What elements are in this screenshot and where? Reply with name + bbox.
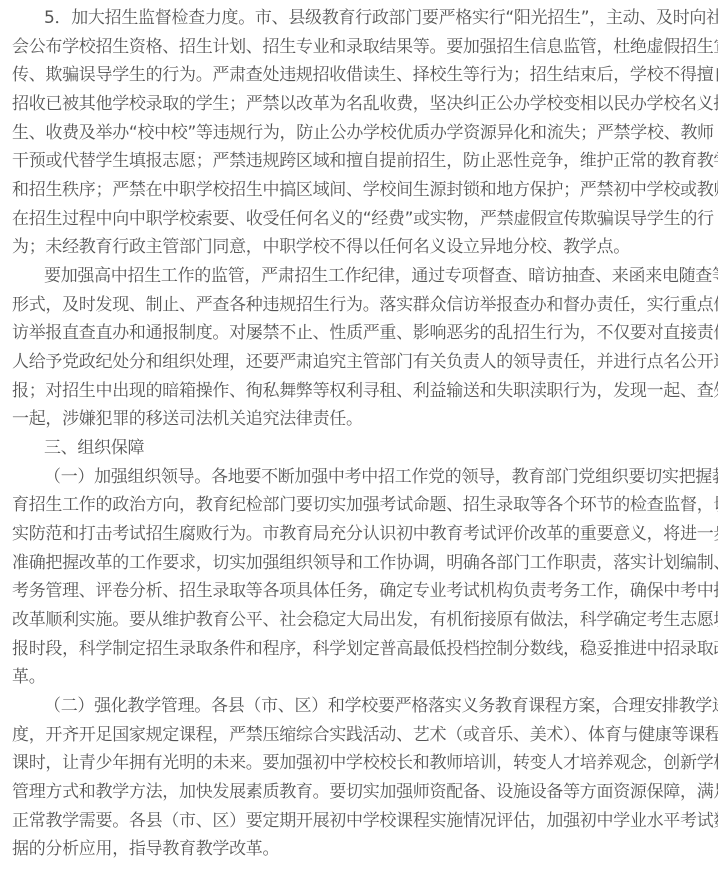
paragraph-5-heading-line: 5．加大招生监督检查力度。市、县级教育行政部门要严格实行“阳光招生”，主动、及时… xyxy=(44,4,718,32)
text-line: 考务管理、评卷分析、招生录取等各项具体任务，确定专业考试机构负责考务工作，确保中… xyxy=(12,577,718,605)
section-heading-organization: 三、组织保障 xyxy=(44,434,144,462)
text-line: 招收已被其他学校录取的学生；严禁以改革为名乱收费，坚决纠正公办学校变相以民办学校… xyxy=(12,90,718,118)
text-line: 革。 xyxy=(12,663,45,691)
text-line: 访举报直查直办和通报制度。对屡禁不止、性质严重、影响恶劣的乱招生行为，不仅要对直… xyxy=(12,319,718,347)
text-line: 据的分析应用，指导教育教学改革。 xyxy=(12,835,279,863)
text-line: 和招生秩序；严禁在中职学校招生中搞区域间、学校间生源封锁和地方保护；严禁初中学校… xyxy=(12,176,718,204)
subsection-1-first-line: （一）加强组织领导。各地要不断加强中考中招工作党的领导，教育部门党组织要切实把握… xyxy=(44,463,718,491)
text-line: 传、欺骗误导学生的行为。严肃查处违规招收借读生、择校生等行为；招生结束后，学校不… xyxy=(12,61,718,89)
text-line: 改革顺利实施。要从维护教育公平、社会稳定大局出发，有机衔接原有做法，科学确定考生… xyxy=(12,606,718,634)
text-line: 人给予党政纪处分和组织处理，还要严肃追究主管部门有关负责人的领导责任，并进行点名… xyxy=(12,348,718,376)
text-line: 实防范和打击考试招生腐败行为。市教育局充分认识初中教育考试评价改革的重要意义，将… xyxy=(12,520,718,548)
text-line: 报时段，科学制定招生录取条件和程序，科学划定普高最低投档控制分数线，稳妥推进中招… xyxy=(12,635,718,663)
text-line: 课时，让青少年拥有光明的未来。要加强初中学校校长和教师培训，转变人才培养观念，创… xyxy=(12,749,718,777)
text-line: 育招生工作的政治方向，教育纪检部门要切实加强考试命题、招生录取等各个环节的检查监… xyxy=(12,491,718,519)
text-line: 管理方式和教学方法，加快发展素质教育。要切实加强师资配备、设施设备等方面资源保障… xyxy=(12,778,718,806)
text-line: 为；未经教育行政主管部门同意，中职学校不得以任何名义设立异地分校、教学点。 xyxy=(12,233,630,261)
text-line: 正常教学需要。各县（市、区）要定期开展初中学校课程实施情况评估，加强初中学业水平… xyxy=(12,807,718,835)
text-line: 形式，及时发现、制止、严查各种违规招生行为。落实群众信访举报查办和督办责任，实行… xyxy=(12,291,718,319)
text-line: 会公布学校招生资格、招生计划、招生专业和录取结果等。要加强招生信息监管，杜绝虚假… xyxy=(12,33,718,61)
paragraph-supervision-first-line: 要加强高中招生工作的监管，严肃招生工作纪律，通过专项督查、暗访抽查、来函来电随查… xyxy=(44,262,718,290)
text-line: 在招生过程中向中职学校索要、收受任何名义的“经费”或实物，严禁虚假宣传欺骗误导学… xyxy=(12,205,714,233)
text-line: 准确把握改革的工作要求，切实加强组织领导和工作协调，明确各部门工作职责，落实计划… xyxy=(12,549,718,577)
text-line: 度，开齐开足国家规定课程，严禁压缩综合实践活动、艺术（或音乐、美术）、体育与健康… xyxy=(12,721,718,749)
text-line: 报；对招生中出现的暗箱操作、徇私舞弊等权利寻租、利益输送和失职渎职行为，发现一起… xyxy=(12,377,718,405)
text-line: 干预或代替学生填报志愿；严禁违规跨区域和擅自提前招生，防止恶性竞争，维护正常的教… xyxy=(12,147,718,175)
text-line: 生、收费及举办“校中校”等违规行为，防止公办学校优质办学资源异化和流失；严禁学校… xyxy=(12,119,714,147)
text-line: 一起，涉嫌犯罪的移送司法机关追究法律责任。 xyxy=(12,405,363,433)
document-page: 5．加大招生监督检查力度。市、县级教育行政部门要严格实行“阳光招生”，主动、及时… xyxy=(0,0,718,896)
subsection-2-first-line: （二）强化教学管理。各县（市、区）和学校要严格落实义务教育课程方案，合理安排教学… xyxy=(44,692,718,720)
